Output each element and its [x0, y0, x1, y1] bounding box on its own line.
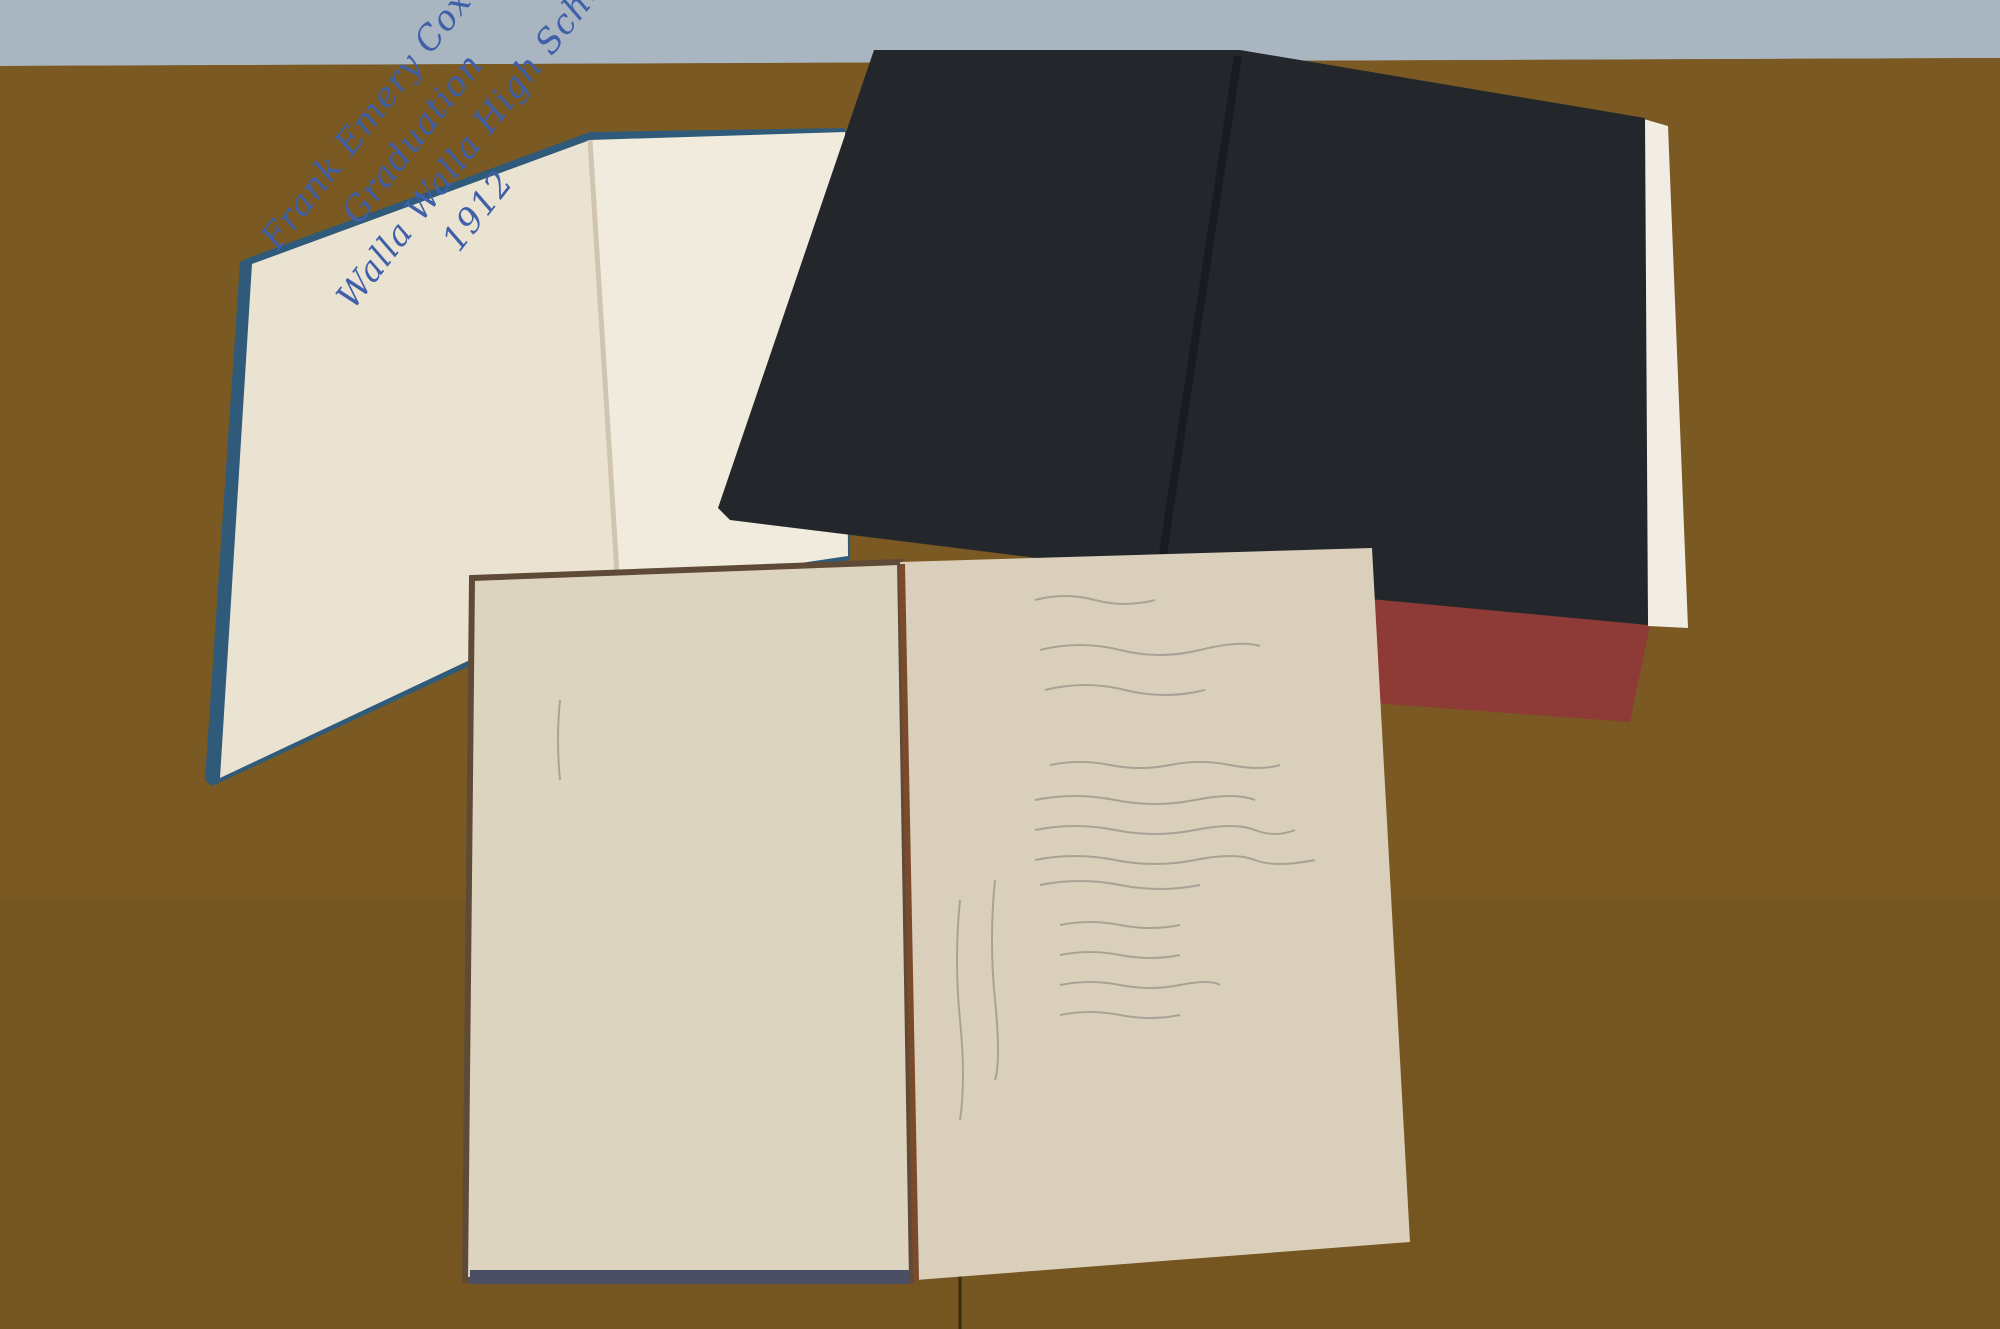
old-book-right-page	[900, 548, 1410, 1280]
old-book-left-page	[465, 562, 912, 1280]
old-book-blue-base	[470, 1270, 910, 1284]
